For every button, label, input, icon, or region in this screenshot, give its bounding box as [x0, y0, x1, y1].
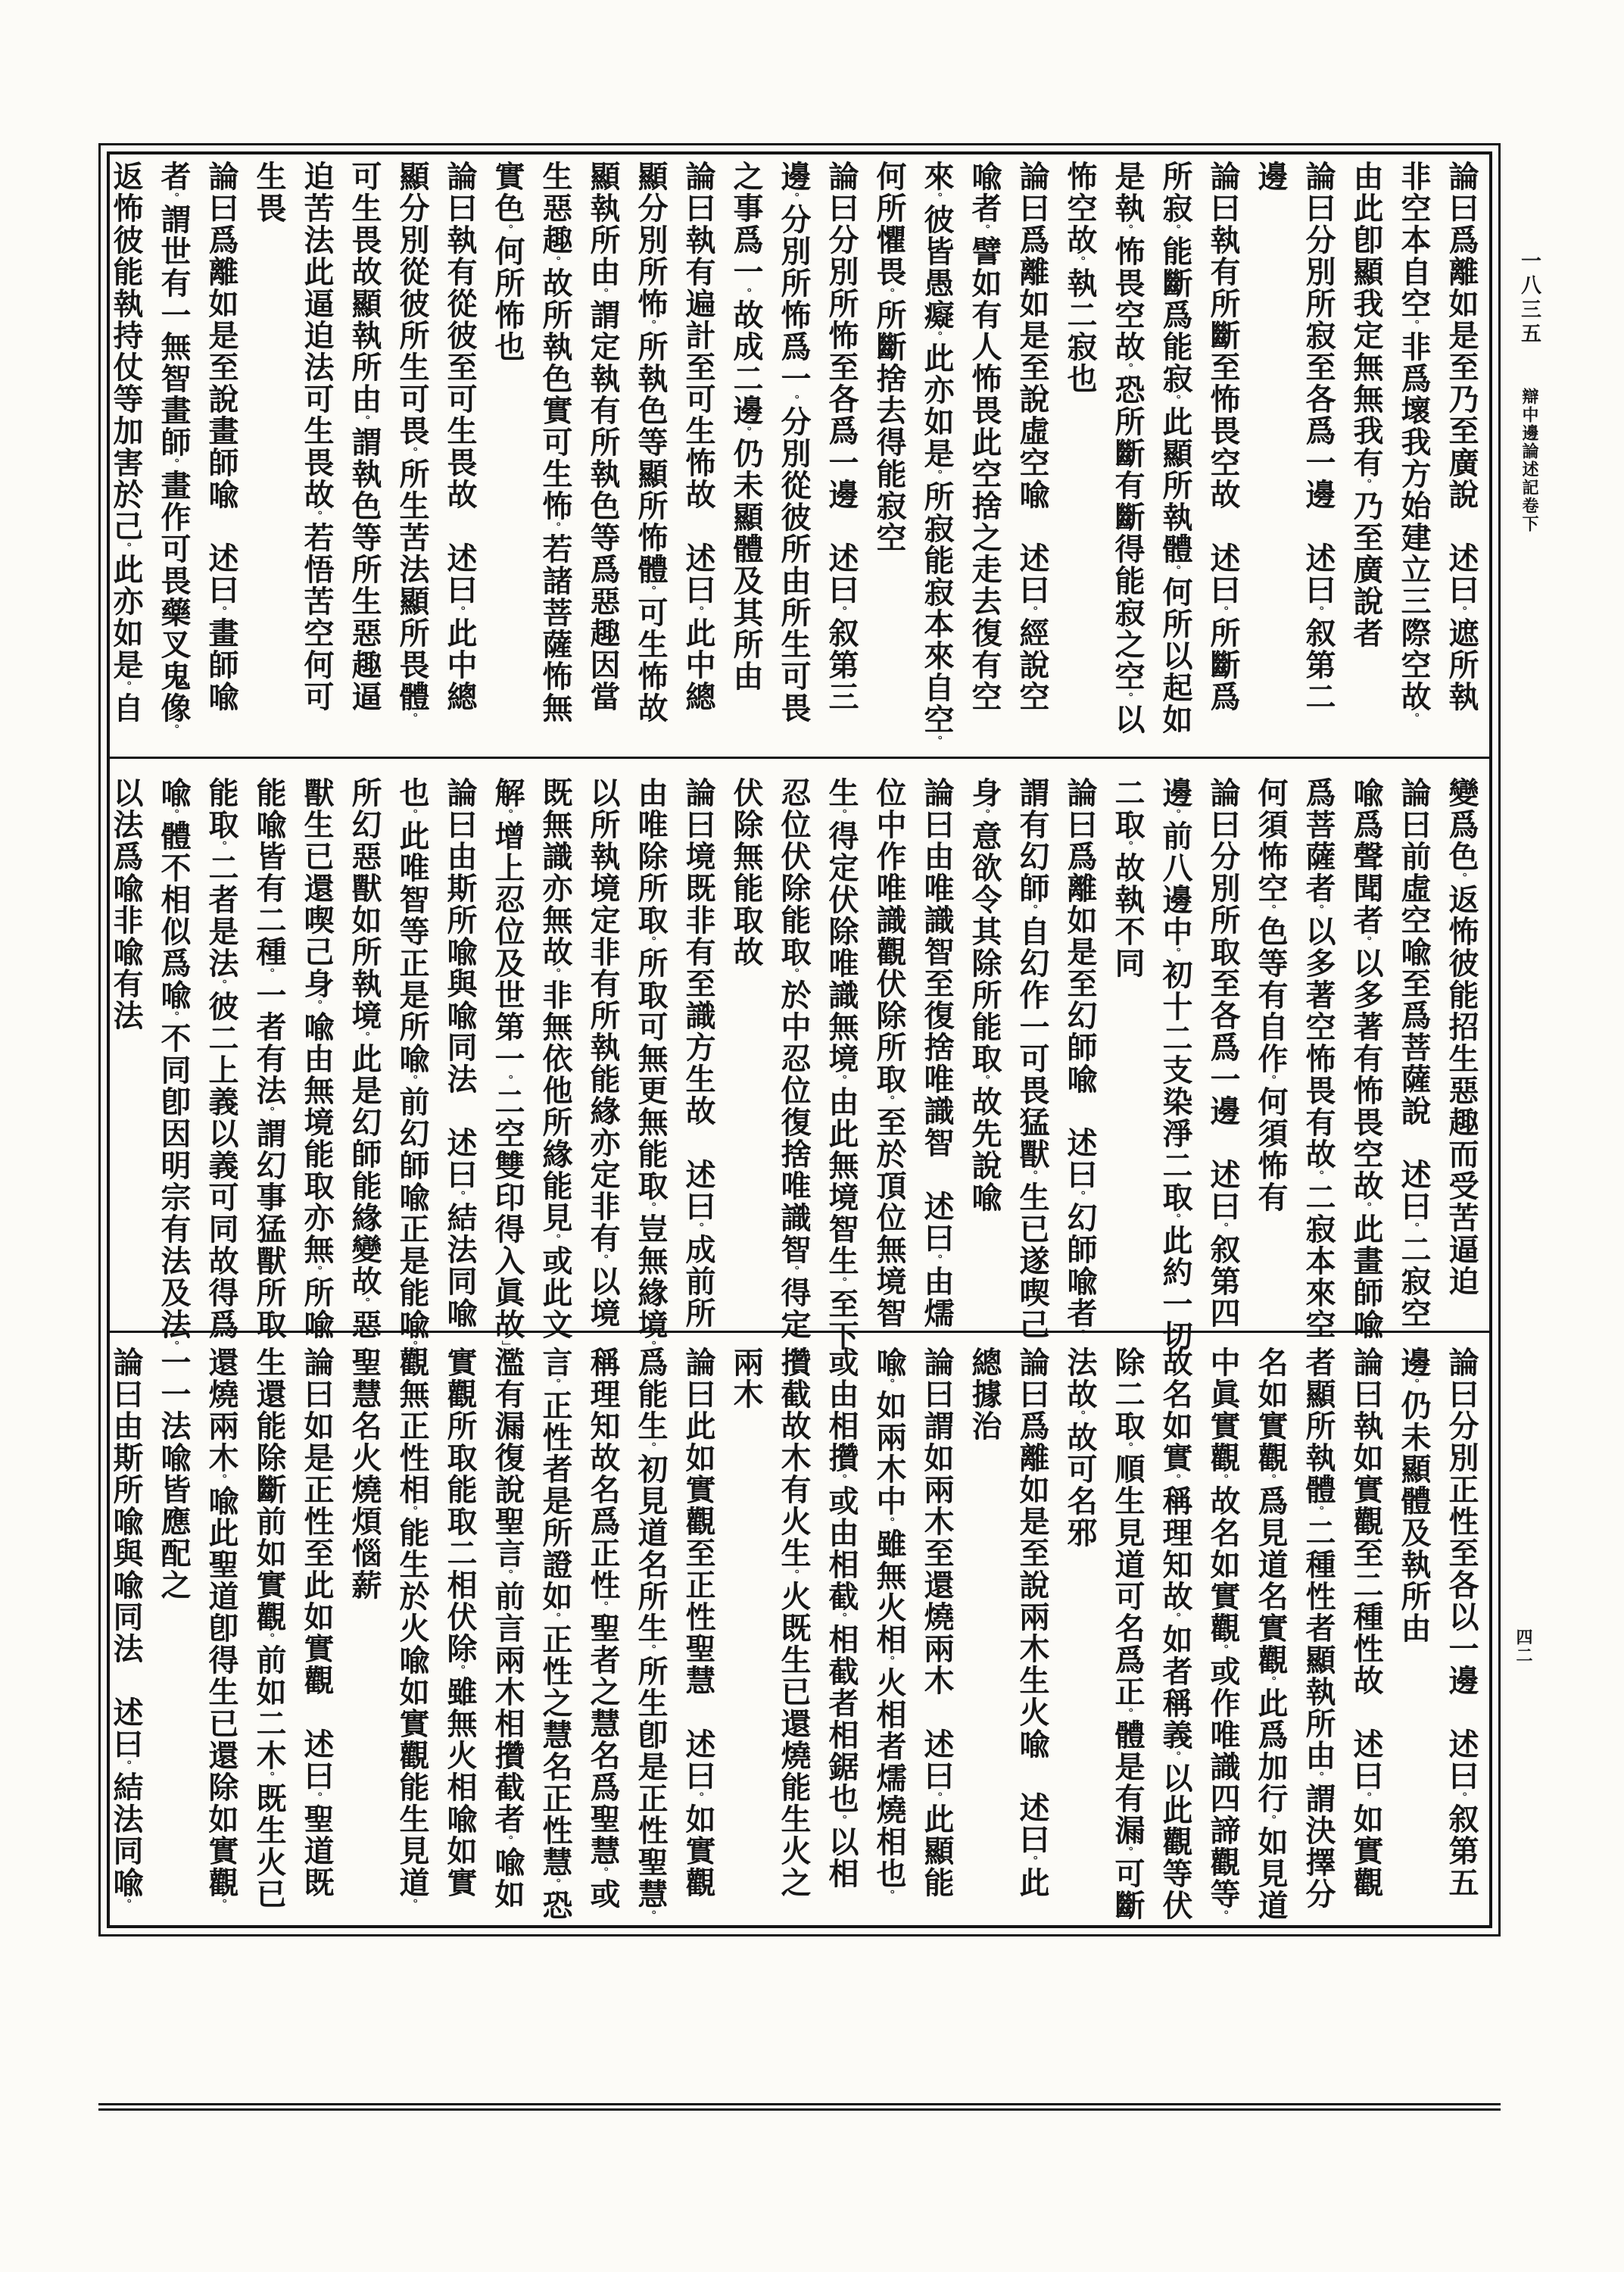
punctuation: 。 — [882, 1095, 896, 1106]
punctuation: 。 — [453, 606, 466, 617]
punctuation: 。 — [596, 1254, 609, 1266]
punctuation: 。 — [500, 1569, 514, 1581]
text-column: 濫有漏復說聖言。前言兩木相攢截者。喩如 — [483, 1347, 531, 1924]
punctuation: 。 — [930, 1254, 943, 1266]
punctuation: 。 — [1454, 606, 1468, 617]
punctuation: 。 — [1359, 936, 1373, 947]
punctuation: 。 — [1073, 1191, 1086, 1202]
text-column: 由唯除所取。所取可無更無能取。豈無緣境。 — [626, 777, 674, 1330]
punctuation: 。 — [1264, 1474, 1277, 1485]
punctuation: 。 — [548, 968, 562, 979]
text-column: 論曰境既非有至識方生故 述曰。成前所 — [674, 777, 722, 1330]
punctuation: 。 — [1359, 1792, 1373, 1803]
text-column: 謂有幻師。自幻作一可畏猛獸。生已遂喫己 — [1008, 777, 1055, 1330]
punctuation: 。 — [930, 1792, 943, 1803]
text-column: 獸生已還喫己身。喩由無境能取亦無。所喩 — [292, 777, 340, 1330]
punctuation: 。 — [834, 809, 848, 820]
punctuation: 。 — [1121, 1442, 1134, 1453]
text-column: 爲菩薩者。以多著空怖畏有故。二寂本來空 — [1294, 777, 1342, 1330]
punctuation: 。 — [1168, 809, 1182, 820]
text-column: 以所執境定非有所執能緣亦定非有。以境 — [578, 777, 626, 1330]
text-column: 顯分別從彼所生可畏。所生苦法顯所畏體。 — [388, 161, 435, 740]
text-column: 顯分別所怖。所執色等顯所怖體。可生怖故 — [626, 161, 674, 740]
punctuation: 。 — [548, 1234, 562, 1245]
text-column: 邊。仍未顯體及執所由 — [1389, 1347, 1437, 1924]
punctuation: 。 — [310, 510, 323, 522]
punctuation: 。 — [357, 1297, 371, 1309]
punctuation: 。 — [310, 1792, 323, 1803]
punctuation: 。 — [739, 426, 753, 438]
punctuation: 。 — [739, 288, 753, 299]
punctuation: 。 — [1216, 606, 1230, 617]
punctuation: 。 — [882, 1517, 896, 1528]
punctuation: 。 — [1311, 1771, 1325, 1783]
punctuation: 。 — [834, 1612, 848, 1624]
text-column: 喩爲聲聞者。以多著有怖畏空故。此畫師喩 — [1342, 777, 1389, 1330]
punctuation: 。 — [930, 331, 943, 342]
text-column: 觀無正性相。能生於火喩如實觀能生見道。 — [388, 1347, 435, 1924]
punctuation: 。 — [167, 1011, 180, 1022]
punctuation: 。 — [405, 1506, 419, 1517]
punctuation: 。 — [1121, 692, 1134, 704]
text-column: 二取。故執不同 — [1103, 777, 1151, 1330]
punctuation: 。 — [548, 1378, 562, 1390]
punctuation: 。 — [644, 936, 657, 947]
punctuation: 。 — [787, 968, 800, 979]
punctuation: 。 — [1168, 1612, 1182, 1624]
text-column: 論曰分別所取至各爲一邊 述曰。叙第四 — [1199, 777, 1246, 1330]
text-column: 何須怖空。色等有自作。何須怖有 — [1246, 777, 1294, 1330]
text-column: 論曰分別正性至各以一邊 述曰。叙第五 — [1437, 1347, 1485, 1924]
punctuation: 。 — [119, 1760, 132, 1771]
punctuation: 。 — [405, 713, 419, 724]
text-column: 邊。分別所怖爲一。分別從彼所由所生可畏 — [769, 161, 817, 740]
punctuation: 。 — [548, 1878, 562, 1890]
punctuation: 。 — [787, 1569, 800, 1581]
text-register-middle: 變爲色。返怖彼能招生惡趣而受苦逼迫論曰前虛空喩至爲菩薩說 述曰。二寂空喩爲聲聞者… — [101, 777, 1485, 1330]
punctuation: 。 — [596, 1601, 609, 1612]
text-column: 還燒兩木。喩此聖道卽得生已還除如實觀。 — [197, 1347, 245, 1924]
punctuation: 。 — [1264, 904, 1277, 916]
punctuation: 。 — [405, 1899, 419, 1910]
text-column: 論曰此如實觀至正性聖慧 述曰。如實觀 — [674, 1347, 722, 1924]
text-column: 論曰爲離如是至幻師喩 述曰。幻師喩者。 — [1055, 777, 1103, 1330]
text-column: 論曰由斯所喩與喩同法 述曰。結法同喩。 — [101, 1347, 149, 1924]
punctuation: 。 — [644, 1202, 657, 1213]
punctuation: 。 — [500, 1835, 514, 1846]
punctuation: 。 — [405, 809, 419, 820]
punctuation: 。 — [1168, 947, 1182, 959]
punctuation: 。 — [882, 1890, 896, 1901]
punctuation: 。 — [977, 809, 991, 820]
punctuation: 。 — [1454, 872, 1468, 884]
text-column: 稱理知故名爲正性。聖者之慧名爲聖慧。或 — [578, 1347, 626, 1924]
punctuation: 。 — [1073, 256, 1086, 267]
punctuation: 。 — [1407, 320, 1420, 331]
punctuation: 。 — [977, 1075, 991, 1086]
punctuation: 。 — [1359, 1202, 1373, 1213]
punctuation: 。 — [1311, 1170, 1325, 1181]
punctuation: 。 — [119, 681, 132, 692]
text-column: 伏除無能取故 — [722, 777, 769, 1330]
punctuation: 。 — [1168, 1474, 1182, 1485]
text-column: 論曰爲離如是至說虛空喩 述曰。經說空 — [1008, 161, 1055, 740]
punctuation: 。 — [1168, 1751, 1182, 1762]
text-column: 是執。怖畏空故。恐所斷有斷得能寂之空。以 — [1103, 161, 1151, 740]
text-column: 名如實觀。爲見道名實觀。此爲加行。如見道 — [1246, 1347, 1294, 1924]
punctuation: 。 — [1121, 1846, 1134, 1858]
text-column: 身。意欲令其除所能取。故先說喩 — [960, 777, 1008, 1330]
punctuation: 。 — [214, 1474, 228, 1485]
punctuation: 。 — [214, 606, 228, 617]
punctuation: 。 — [167, 458, 180, 470]
punctuation: 。 — [977, 224, 991, 236]
text-column: 解。增上忍位及世第一。二空雙印得入眞故」 — [483, 777, 531, 1330]
text-column: 聖慧名火燒煩惱薪 — [340, 1347, 388, 1924]
punctuation: 。 — [167, 192, 180, 204]
text-column: 忍位伏除能取。於中忍位復捨唯識智。得定 — [769, 777, 817, 1330]
punctuation: 。 — [357, 1031, 371, 1043]
text-column: 由此卽顯我定無無我有。乃至廣說者 — [1342, 161, 1389, 740]
punctuation: 。 — [262, 1633, 276, 1644]
text-column: 論曰謂如兩木至還燒兩木 述曰。此顯能 — [912, 1347, 960, 1924]
text-column: 言。正性者是所證如。正性之慧名正性慧。恐 — [531, 1347, 578, 1924]
punctuation: 。 — [548, 522, 562, 533]
punctuation: 。 — [1121, 363, 1134, 374]
punctuation: 。 — [596, 1867, 609, 1878]
text-column: 也。此唯智等正是所喩。前幻師喩正是能喩。 — [388, 777, 435, 1330]
text-column: 論曰分別所怖至各爲一邊 述曰。叙第三 — [817, 161, 865, 740]
punctuation: 。 — [310, 1266, 323, 1277]
punctuation: 。 — [1264, 1815, 1277, 1826]
text-column: 能取。二者是法。彼二上義以義可同故得爲 — [197, 777, 245, 1330]
punctuation: 。 — [262, 968, 276, 979]
punctuation: 。 — [119, 542, 132, 554]
punctuation: 。 — [787, 1266, 800, 1277]
text-column: 論曰如是正性至此如實觀 述曰。聖道既 — [292, 1347, 340, 1924]
punctuation: 。 — [167, 809, 180, 820]
punctuation: 。 — [882, 1378, 896, 1390]
text-column: 既無識亦無故。非無依他所緣能見。或此文 — [531, 777, 578, 1330]
punctuation: 。 — [1264, 1676, 1277, 1687]
punctuation: 。 — [1264, 1075, 1277, 1086]
text-column: 法故。故可名邪 — [1055, 1347, 1103, 1924]
register-divider-2 — [110, 1331, 1489, 1333]
text-column: 何所懼畏。所斷捨去得能寂空 — [865, 161, 912, 740]
punctuation: 。 — [1168, 395, 1182, 406]
punctuation: 。 — [262, 1771, 276, 1783]
text-column: 者。謂世有一無智畫師。畫作可畏藥叉鬼像。 — [149, 161, 197, 740]
punctuation: 。 — [834, 1474, 848, 1485]
text-column: 喩者。譬如有人怖畏此空捨之走去復有空 — [960, 161, 1008, 740]
punctuation: 。 — [1073, 1410, 1086, 1422]
punctuation: 。 — [357, 415, 371, 426]
text-column: 所寂。能斷爲能寂。此顯所執體。何所以起如 — [1151, 161, 1199, 740]
text-column: 中眞實觀。故名如實觀。或作唯識四諦觀等。 — [1199, 1347, 1246, 1924]
punctuation: 。 — [1407, 1222, 1420, 1234]
text-frame-inner-border: 論曰爲離如是至乃至廣說 述曰。遮所執非空本自空。非爲壞我方始建立三際空故。由此卽… — [107, 151, 1492, 1928]
punctuation: 。 — [548, 256, 562, 267]
punctuation: 。 — [1025, 1855, 1039, 1867]
text-column: 論曰爲離如是至說兩木生火喩 述曰。此 — [1008, 1347, 1055, 1924]
punctuation: 。 — [1407, 1378, 1420, 1390]
text-column: 位中作唯識觀伏除所取。至於頂位無境智 — [865, 777, 912, 1330]
margin-book-title: 辯中邊論述記卷下 — [1517, 388, 1541, 533]
text-column: 或由相攢。或由相截。相截者相鋸也。以相 — [817, 1347, 865, 1924]
punctuation: 。 — [500, 809, 514, 820]
punctuation: 。 — [548, 1612, 562, 1624]
punctuation: 。 — [1025, 904, 1039, 916]
text-column: 非空本自空。非爲壞我方始建立三際空故。 — [1389, 161, 1437, 740]
text-column: 論曰前虛空喩至爲菩薩說 述曰。二寂空 — [1389, 777, 1437, 1330]
punctuation: 。 — [1168, 1213, 1182, 1225]
text-column: 可生畏故顯執所由。謂執色等所生惡趣逼 — [340, 161, 388, 740]
punctuation: 。 — [930, 192, 943, 204]
text-column: 所幻惡獸如所執境。此是幻師能緣變故。惡 — [340, 777, 388, 1330]
punctuation: 。 — [644, 585, 657, 597]
punctuation: 。 — [644, 1644, 657, 1656]
punctuation: 。 — [1121, 841, 1134, 852]
punctuation: 。 — [930, 735, 943, 747]
text-register-top: 論曰爲離如是至乃至廣說 述曰。遮所執非空本自空。非爲壞我方始建立三際空故。由此卽… — [101, 161, 1485, 740]
text-column: 攢截故木有火生。火既生已還燒能生火之 — [769, 1347, 817, 1924]
punctuation: 。 — [310, 1000, 323, 1011]
punctuation: 。 — [644, 1442, 657, 1453]
punctuation: 。 — [214, 979, 228, 991]
text-column: 論曰由斯所喩與喩同法 述曰。結法同喩 — [435, 777, 483, 1330]
text-column: 邊。前八邊中。初十二支染淨二取。此約一切 — [1151, 777, 1199, 1330]
text-column: 論曰爲離如是至乃至廣說 述曰。遮所執 — [1437, 161, 1485, 740]
punctuation: 。 — [500, 224, 514, 236]
punctuation: 。 — [214, 1899, 228, 1910]
text-column: 變爲色。返怖彼能招生惡趣而受苦逼迫 — [1437, 777, 1485, 1330]
text-column: 迫苦法此逼迫法可生畏故。若悟苦空何可 — [292, 161, 340, 740]
punctuation: 。 — [1216, 1474, 1230, 1485]
punctuation: 。 — [1311, 904, 1325, 916]
punctuation: 。 — [1216, 1644, 1230, 1656]
punctuation: 。 — [644, 1910, 657, 1921]
text-column: 能喩皆有二種。一者有法。謂幻事猛獸所取 — [245, 777, 292, 1330]
text-register-bottom: 論曰分別正性至各以一邊 述曰。叙第五邊。仍未顯體及執所由論曰執如實觀至二種性故 … — [101, 1347, 1485, 1924]
punctuation: 。 — [214, 841, 228, 852]
text-column: 論曰爲離如是至說畫師喩 述曰。畫師喩 — [197, 161, 245, 740]
punctuation: 。 — [1454, 1792, 1468, 1803]
punctuation: 。 — [691, 1222, 705, 1234]
text-column: 喩。體不相似爲喩。不同卽因明宗有法及法。 — [149, 777, 197, 1330]
text-column: 來。彼皆愚癡。此亦如是。所寂能寂本來自空。 — [912, 161, 960, 740]
text-column: 之事爲一。故成二邊。仍未顯體及其所由 — [722, 161, 769, 740]
text-column: 實色。何所怖也 — [483, 161, 531, 740]
punctuation: 。 — [1407, 713, 1420, 724]
text-column: 論曰分別所寂至各爲一邊 述曰。叙第二 — [1294, 161, 1342, 740]
text-frame-border: 論曰爲離如是至乃至廣說 述曰。遮所執非空本自空。非爲壞我方始建立三際空故。由此卽… — [98, 143, 1501, 1937]
punctuation: 。 — [167, 724, 180, 735]
text-column: 以法爲喩非喩有法 — [101, 777, 149, 1330]
punctuation: 。 — [1025, 1170, 1039, 1181]
text-column: 除二取。順生見道可名爲正。體是有漏。可斷 — [1103, 1347, 1151, 1924]
punctuation: 。 — [262, 1106, 276, 1118]
punctuation: 。 — [930, 470, 943, 481]
text-column: 者顯所執體。二種性者顯執所由。謂決擇分 — [1294, 1347, 1342, 1924]
text-column: 論曰執有遍計至可生怖故 述曰。此中總 — [674, 161, 722, 740]
punctuation: 。 — [834, 1815, 848, 1826]
punctuation: 。 — [1311, 1506, 1325, 1517]
punctuation: 。 — [1216, 1222, 1230, 1234]
text-column: 怖空故。執二寂也 — [1055, 161, 1103, 740]
text-column: 論曰執如實觀至二種性故 述曰。如實觀 — [1342, 1347, 1389, 1924]
punctuation: 。 — [1121, 224, 1134, 236]
text-column: 論曰執有所斷至怖畏空故 述曰。所斷爲 — [1199, 161, 1246, 740]
punctuation: 。 — [405, 447, 419, 458]
text-column: 總據治 — [960, 1347, 1008, 1924]
punctuation: 。 — [453, 1665, 466, 1676]
punctuation: 。 — [787, 395, 800, 406]
text-column: 故名如實。稱理知故。如者稱義。以此觀等伏 — [1151, 1347, 1199, 1924]
punctuation: 。 — [834, 1075, 848, 1086]
punctuation: 。 — [834, 1277, 848, 1288]
punctuation: 。 — [644, 320, 657, 331]
punctuation: 。 — [882, 1656, 896, 1667]
punctuation: 。 — [882, 288, 896, 299]
text-column: 論曰執有從彼至可生畏故 述曰。此中總 — [435, 161, 483, 740]
punctuation: 。 — [1025, 606, 1039, 617]
text-column: 返怖彼能執持仗等加害於己。此亦如是。自 — [101, 161, 149, 740]
punctuation: 。 — [1359, 479, 1373, 490]
punctuation: 。 — [453, 1191, 466, 1202]
margin-page-number: 一八三五 — [1514, 250, 1544, 347]
punctuation: 。 — [787, 192, 800, 204]
text-column: 生畏 — [245, 161, 292, 740]
text-column: 生惡趣。故所執色實可生怖。若諸菩薩怖無 — [531, 161, 578, 740]
bottom-double-rule — [98, 2103, 1501, 2111]
punctuation: 。 — [691, 606, 705, 617]
punctuation: 。 — [596, 288, 609, 299]
text-column: 邊 — [1246, 161, 1294, 740]
punctuation: 。 — [691, 1792, 705, 1803]
punctuation: 。 — [500, 1075, 514, 1086]
punctuation: 。 — [405, 1075, 419, 1086]
folio-number: 四二 — [1511, 1628, 1535, 1665]
text-column: 實觀所取能取二相伏除。雖無火相喩如實 — [435, 1347, 483, 1924]
text-column: 生還能除斷前如實觀。前如二木。既生火已 — [245, 1347, 292, 1924]
punctuation: 。 — [834, 606, 848, 617]
punctuation: 。 — [1168, 565, 1182, 576]
punctuation: 。 — [1216, 1910, 1230, 1921]
text-column: 兩木 — [722, 1347, 769, 1924]
punctuation: 。 — [1311, 606, 1325, 617]
text-column: 生。得定伏除唯識無境。由此無境智生。至下 — [817, 777, 865, 1330]
punctuation: 。 — [119, 1899, 132, 1910]
text-column: 爲能生。初見道名所生。所生卽是正性聖慧。 — [626, 1347, 674, 1924]
text-column: 一一法喩皆應配之 — [149, 1347, 197, 1924]
punctuation: 。 — [1168, 224, 1182, 236]
register-divider-1 — [110, 757, 1489, 759]
text-column: 喩。如兩木中。雖無火相。火相者燸燒相也。 — [865, 1347, 912, 1924]
text-column: 論曰由唯識智至復捨唯識智 述曰。由燸 — [912, 777, 960, 1330]
text-column: 顯執所由。謂定執有所執色等爲惡趣因當 — [578, 161, 626, 740]
punctuation: 。 — [1121, 1708, 1134, 1719]
